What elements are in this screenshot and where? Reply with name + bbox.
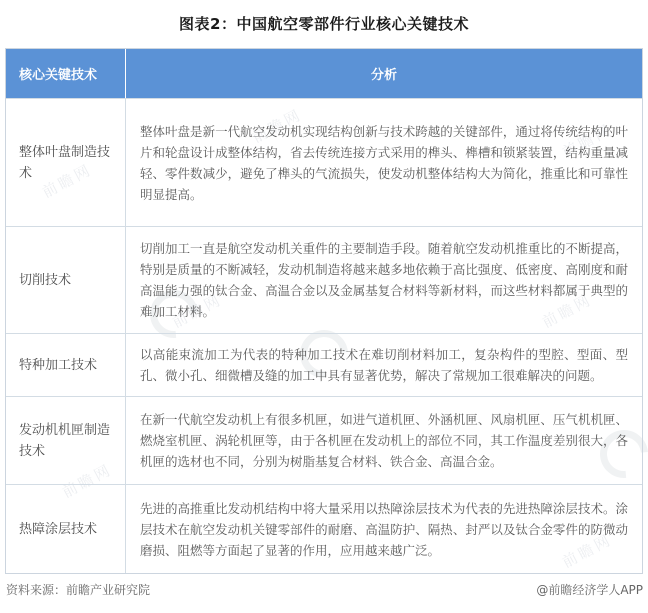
key-technology-table: 核心关键技术 分析 整体叶盘制造技术 整体叶盘是新一代航空发动机实现结构创新与技… (5, 48, 643, 574)
column-header-analysis: 分析 (126, 49, 642, 98)
technology-name: 热障涂层技术 (6, 485, 126, 573)
table-row: 特种加工技术 以高能束流加工为代表的特种加工技术在难切削材料加工，复杂构件的型腔… (6, 333, 642, 396)
table-header-row: 核心关键技术 分析 (6, 49, 642, 98)
technology-name: 切削技术 (6, 227, 126, 333)
technology-analysis: 先进的高推重比发动机结构中将大量采用以热障涂层技术为代表的先进热障涂层技术。涂层… (126, 485, 642, 573)
technology-name: 特种加工技术 (6, 334, 126, 396)
technology-analysis: 切削加工一直是航空发动机关重件的主要制造手段。随着航空发动机推重比的不断提高，特… (126, 227, 642, 333)
table-row: 整体叶盘制造技术 整体叶盘是新一代航空发动机实现结构创新与技术跨越的关键部件，通… (6, 98, 642, 226)
technology-name: 整体叶盘制造技术 (6, 99, 126, 226)
column-header-technology: 核心关键技术 (6, 49, 126, 98)
brand-credit-label: @前瞻经济学人APP (536, 581, 643, 598)
page-title: 图表2：中国航空零部件行业核心关键技术 (0, 0, 648, 34)
table-row: 发动机机匣制造技术 在新一代航空发动机上有很多机匣，如进气道机匣、外涵机匣、风扇… (6, 396, 642, 484)
table-row: 切削技术 切削加工一直是航空发动机关重件的主要制造手段。随着航空发动机推重比的不… (6, 226, 642, 333)
data-source-label: 资料来源：前瞻产业研究院 (6, 581, 150, 598)
technology-analysis: 在新一代航空发动机上有很多机匣，如进气道机匣、外涵机匣、风扇机匣、压气机机匣、燃… (126, 397, 642, 484)
figure-page: { "title": "图表2：中国航空零部件行业核心关键技术", "chart… (0, 0, 648, 613)
technology-analysis: 以高能束流加工为代表的特种加工技术在难切削材料加工，复杂构件的型腔、型面、型孔、… (126, 334, 642, 396)
table-row: 热障涂层技术 先进的高推重比发动机结构中将大量采用以热障涂层技术为代表的先进热障… (6, 484, 642, 573)
technology-name: 发动机机匣制造技术 (6, 397, 126, 484)
page-footer: 资料来源：前瞻产业研究院 @前瞻经济学人APP (0, 581, 648, 598)
technology-analysis: 整体叶盘是新一代航空发动机实现结构创新与技术跨越的关键部件，通过将传统结构的叶片… (126, 99, 642, 226)
